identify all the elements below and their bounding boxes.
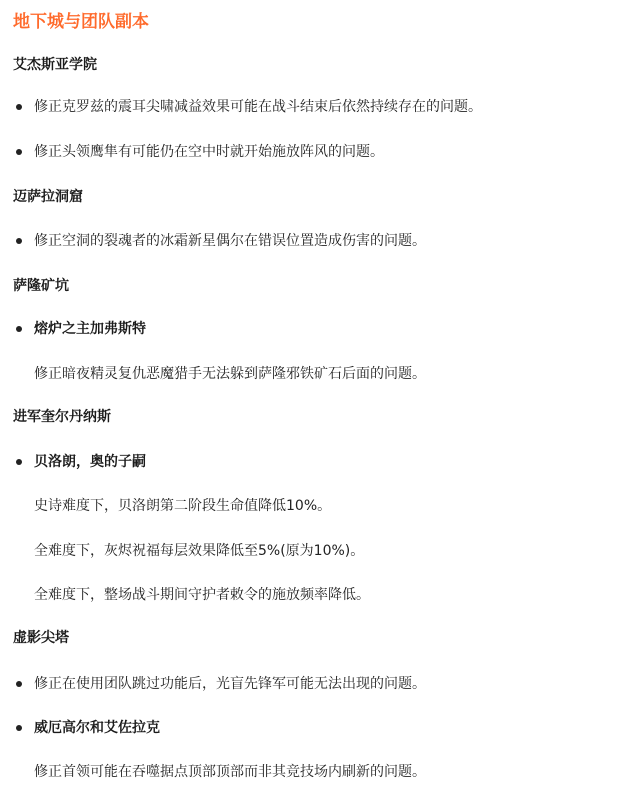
page-title: 地下城与团队副本 [13, 10, 149, 34]
note-text: 史诗难度下，贝洛朗第二阶段生命值降低10%。 [34, 496, 331, 516]
list-item-text: 修正克罗兹的震耳尖啸减益效果可能在战斗结束后依然持续存在的问题。 [34, 97, 482, 117]
section-heading: 艾杰斯亚学院 [13, 55, 97, 75]
boss-item: 威厄高尔和艾佐拉克 [13, 718, 160, 738]
boss-name: 贝洛朗，奥的子嗣 [34, 452, 146, 472]
bullet-icon [16, 326, 22, 332]
bullet-icon [16, 104, 22, 110]
list-item-text: 修正在使用团队跳过功能后，光盲先锋军可能无法出现的问题。 [34, 674, 426, 694]
boss-item: 熔炉之主加弗斯特 [13, 319, 146, 339]
section-heading: 萨隆矿坑 [13, 276, 69, 296]
bullet-icon [16, 681, 22, 687]
note-text: 全难度下，整场战斗期间守护者敕令的施放频率降低。 [34, 585, 370, 605]
boss-name: 熔炉之主加弗斯特 [34, 319, 146, 339]
section-heading: 迈萨拉洞窟 [13, 187, 83, 207]
section-heading: 进军奎尔丹纳斯 [13, 407, 111, 427]
list-item: 修正头领鹰隼有可能仍在空中时就开始施放阵风的问题。 [13, 142, 384, 162]
bullet-icon [16, 725, 22, 731]
note-text: 修正暗夜精灵复仇恶魔猎手无法躲到萨隆邪铁矿石后面的问题。 [34, 364, 426, 384]
boss-name: 威厄高尔和艾佐拉克 [34, 718, 160, 738]
boss-item: 贝洛朗，奥的子嗣 [13, 452, 146, 472]
section-heading: 虚影尖塔 [13, 628, 69, 648]
list-item-text: 修正头领鹰隼有可能仍在空中时就开始施放阵风的问题。 [34, 142, 384, 162]
note-text: 修正首领可能在吞噬据点顶部顶部而非其竞技场内刷新的问题。 [34, 762, 426, 782]
list-item: 修正在使用团队跳过功能后，光盲先锋军可能无法出现的问题。 [13, 674, 426, 694]
bullet-icon [16, 459, 22, 465]
bullet-icon [16, 238, 22, 244]
list-item: 修正空洞的裂魂者的冰霜新星偶尔在错误位置造成伤害的问题。 [13, 231, 426, 251]
list-item-text: 修正空洞的裂魂者的冰霜新星偶尔在错误位置造成伤害的问题。 [34, 231, 426, 251]
bullet-icon [16, 149, 22, 155]
note-text: 全难度下，灰烬祝福每层效果降低至5%(原为10%)。 [34, 541, 364, 561]
list-item: 修正克罗兹的震耳尖啸减益效果可能在战斗结束后依然持续存在的问题。 [13, 97, 482, 117]
